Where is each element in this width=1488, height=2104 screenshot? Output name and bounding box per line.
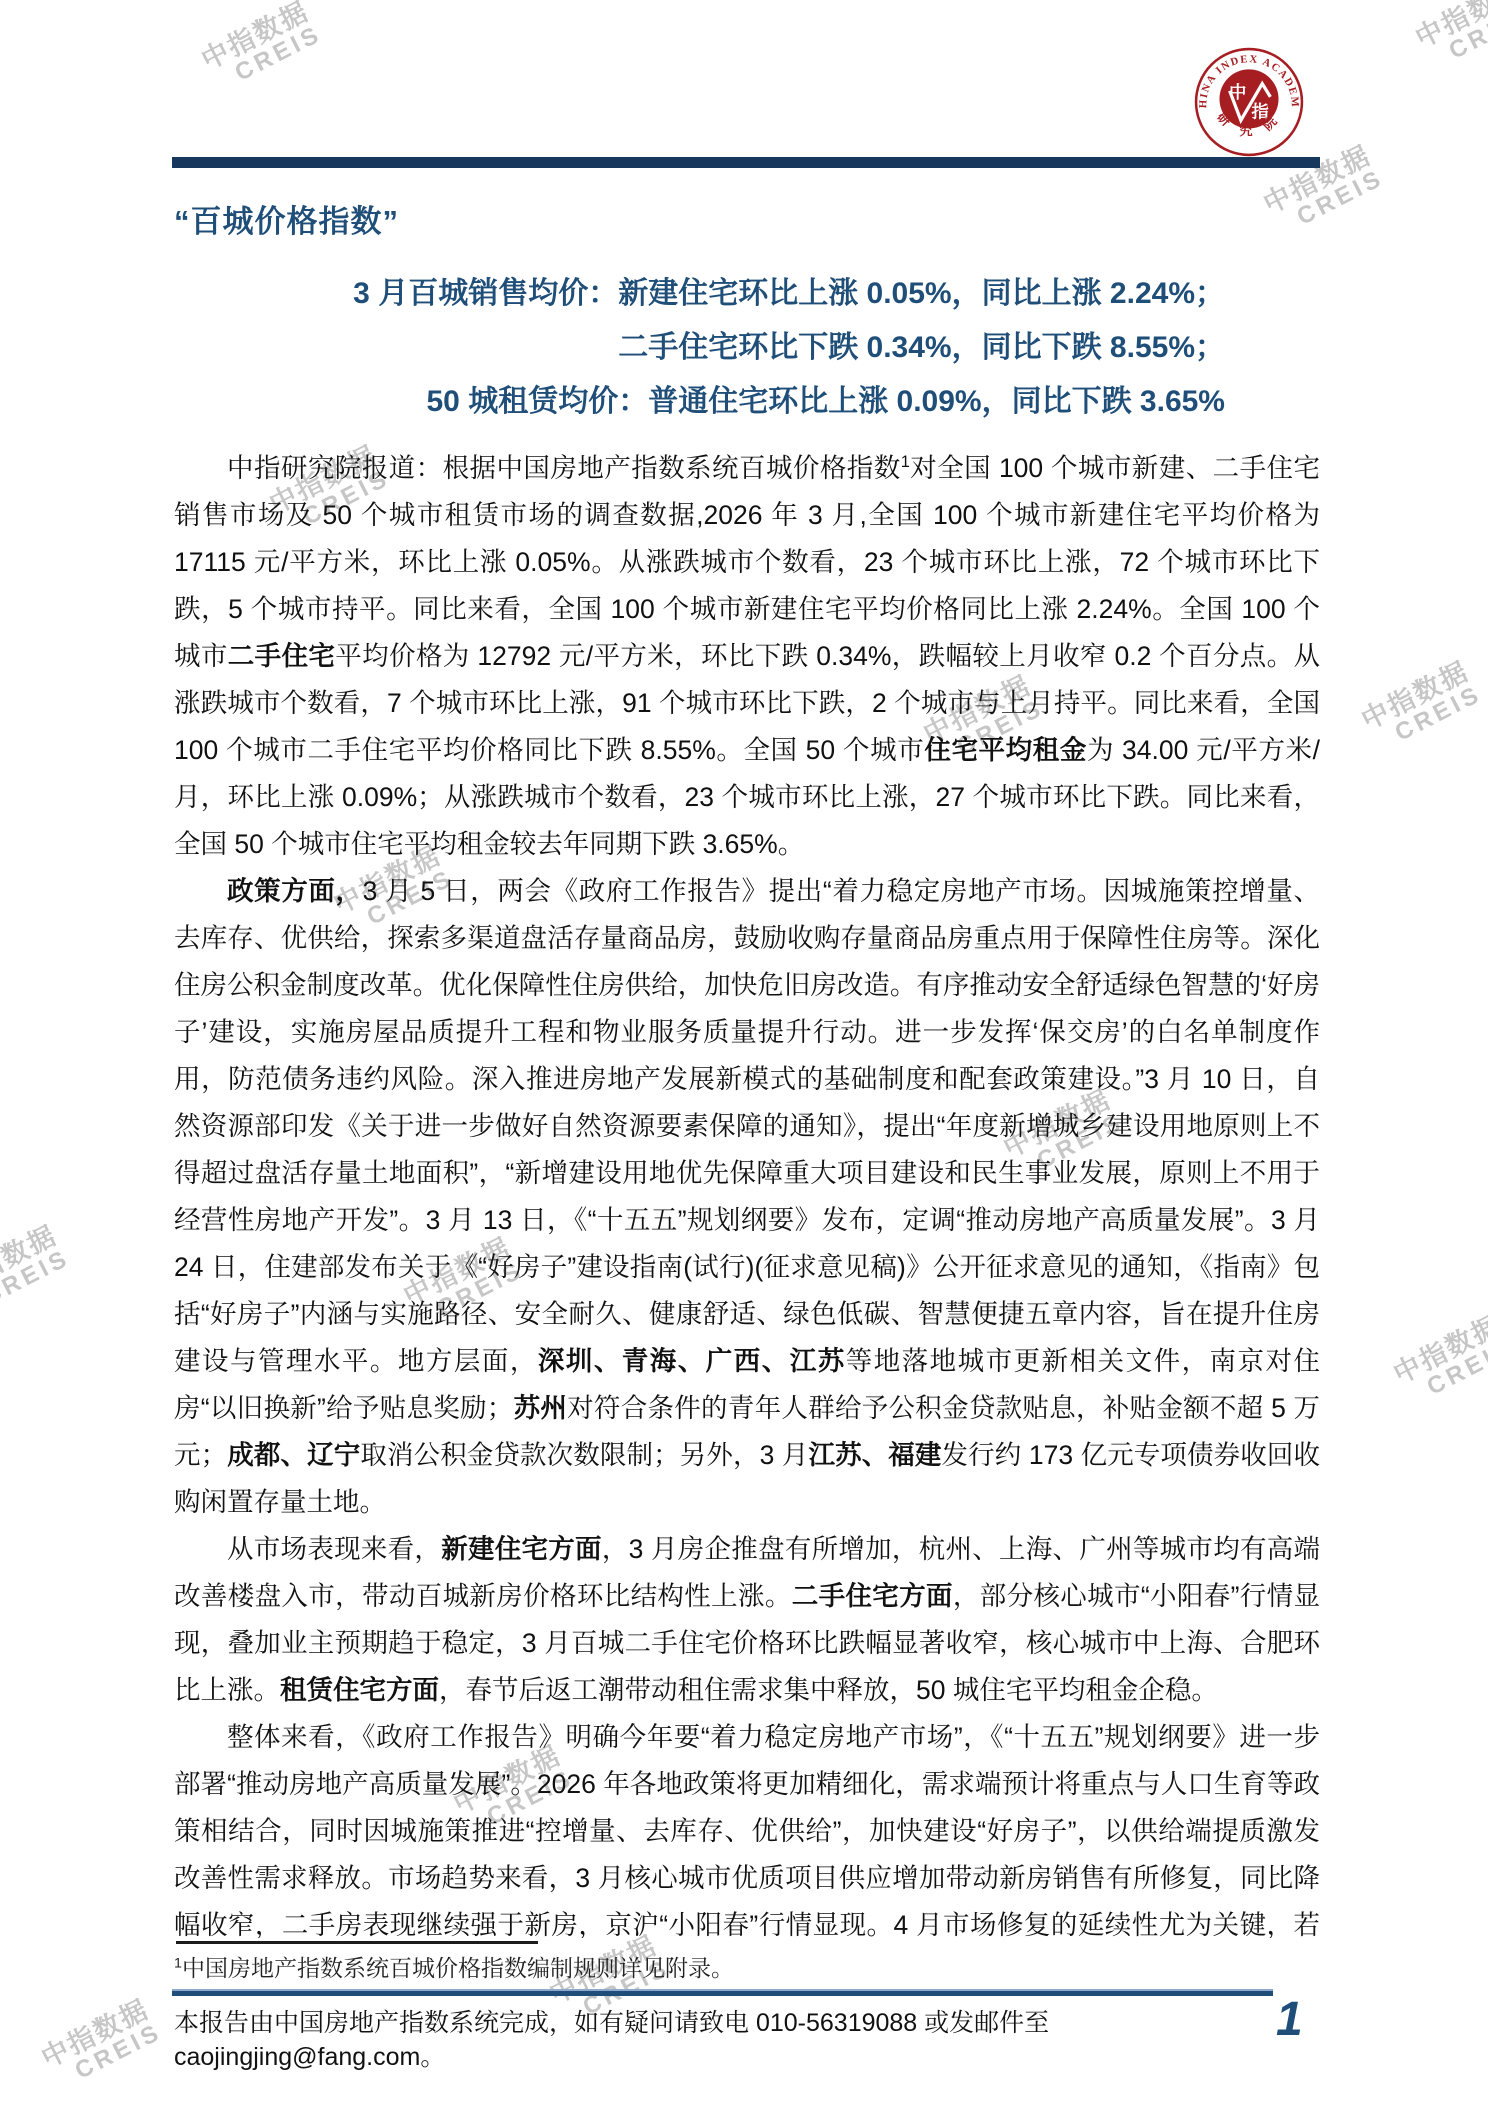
creis-watermark: 中指数据CREIS	[1411, 0, 1488, 75]
paragraph: 中指研究院报道：根据中国房地产指数系统百城价格指数1对全国 100 个城市新建、…	[174, 445, 1320, 868]
headline-line-3: 50 城租赁均价：普通住宅环比上涨 0.09%，同比下跌 3.65%	[174, 375, 1225, 429]
headline-line-2: 二手住宅环比下跌 0.34%，同比下跌 8.55%；	[174, 321, 1225, 375]
footer-contact-text: 本报告由中国房地产指数系统完成，如有疑问请致电 010-56319088 或发邮…	[174, 2006, 1284, 2074]
footnote-marker: 1	[174, 1955, 182, 1971]
report-page: 中指数据CREIS中指数据CREIS中指数据CREIS中指数据CREIS中指数据…	[0, 0, 1488, 2104]
footer-divider-rule	[172, 1989, 1273, 1996]
paragraph: 整体来看，《政府工作报告》明确今年要“着力稳定房地产市场”，《“十五五”规划纲要…	[174, 1714, 1320, 1938]
page-number: 1	[1276, 1992, 1303, 2047]
headline-line-1: 3 月百城销售均价：新建住宅环比上涨 0.05%，同比上涨 2.24%；	[174, 267, 1225, 321]
creis-watermark: 中指数据CREIS	[0, 1196, 121, 1321]
seal-char-zhong: 中	[1229, 82, 1246, 102]
footnote-separator-line	[176, 1941, 538, 1944]
creis-watermark: 中指数据CREIS	[1389, 1286, 1488, 1411]
creis-watermark: 中指数据CREIS	[197, 0, 373, 97]
china-index-academy-seal-logo: CHINA INDEX ACADEMY 中 指 研 究 院	[1193, 46, 1305, 158]
footnote-text: 1中国房地产指数系统百城价格指数编制规则详见附录。	[174, 1953, 1320, 1983]
footnote-area: 1中国房地产指数系统百城价格指数编制规则详见附录。	[174, 1941, 1320, 1983]
footnote-body: 中国房地产指数系统百城价格指数编制规则详见附录。	[182, 1955, 734, 1981]
document-body: “百城价格指数” 3 月百城销售均价：新建住宅环比上涨 0.05%，同比上涨 2…	[174, 196, 1320, 1938]
header-divider-bar	[172, 157, 1320, 168]
report-headline: 3 月百城销售均价：新建住宅环比上涨 0.05%，同比上涨 2.24%； 二手住…	[174, 267, 1320, 429]
body-paragraphs: 中指研究院报道：根据中国房地产指数系统百城价格指数1对全国 100 个城市新建、…	[174, 445, 1320, 1938]
section-heading: “百城价格指数”	[174, 196, 1320, 241]
paragraph: 政策方面，3 月 5 日，两会《政府工作报告》提出“着力稳定房地产市场。因城施策…	[174, 868, 1320, 1526]
paragraph: 从市场表现来看，新建住宅方面，3 月房企推盘有所增加，杭州、上海、广州等城市均有…	[174, 1526, 1320, 1714]
creis-watermark: 中指数据CREIS	[1357, 632, 1488, 757]
